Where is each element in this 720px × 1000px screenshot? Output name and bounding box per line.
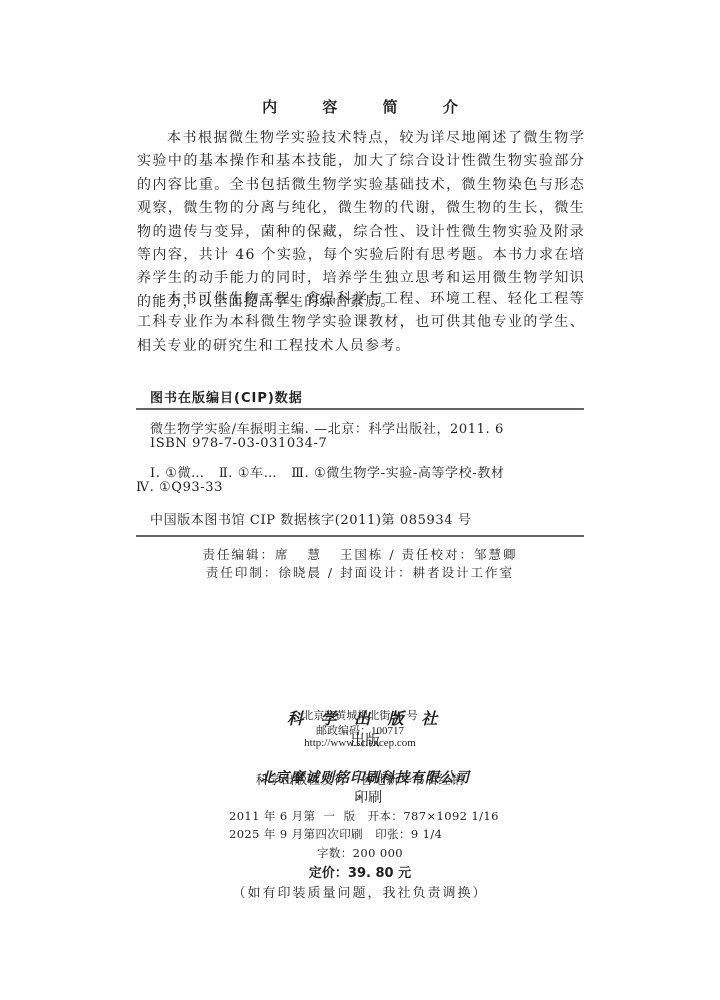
word-count: 字数：200 000 [0, 845, 720, 861]
distribution-line: 科学出版社发行 各地新华书店经销 [0, 770, 720, 788]
production-staff-line: 责任印制：徐晓晨 / 封面设计：耕者设计工作室 [0, 563, 720, 581]
cip-classification-line-2: Ⅳ. ①Q93-33 [136, 480, 223, 495]
cip-top-rule [136, 408, 584, 410]
cip-heading: 图书在版编目(CIP)数据 [150, 387, 303, 406]
publisher-address: 北京东黄城根北街 16 号 [0, 707, 720, 723]
cip-title-line: 微生物学实验/车振明主编. —北京：科学出版社，2011. 6 [150, 418, 504, 437]
printing-line: 2025 年 9 月第四次印刷 印张：9 1/4 [229, 826, 442, 842]
cip-bottom-rule [136, 535, 584, 537]
quality-note: （如有印装质量问题，我社负责调换） [0, 882, 720, 901]
cip-classification-line: Ⅰ. ①微… Ⅱ. ①车… Ⅲ. ①微生物学-实验-高等学校-教材 [150, 462, 504, 481]
section-title: 内 容 简 介 [0, 96, 720, 117]
summary-paragraph-2: 本书可供生物工程、食品科学与工程、环境工程、轻化工程等工科专业作为本科微生物学实… [137, 288, 585, 358]
separator-asterisk: * [0, 792, 720, 806]
cip-record-number: 中国版本图书馆 CIP 数据核字(2011)第 085934 号 [150, 509, 471, 528]
edition-line: 2011 年 6 月第 一 版 开本：787×1092 1/16 [229, 808, 499, 824]
cip-isbn-line: ISBN 978-7-03-031034-7 [150, 436, 327, 451]
summary-paragraph-1: 本书根据微生物学实验技术特点，较为详尽地阐述了微生物学实验中的基本操作和基本技能… [137, 127, 585, 314]
price: 定价：39. 80 元 [0, 862, 720, 881]
publisher-postcode: 邮政编码：100717 [0, 722, 720, 738]
editorial-staff-line: 责任编辑：席 慧 王国栋 / 责任校对：邹慧卿 [0, 545, 720, 563]
